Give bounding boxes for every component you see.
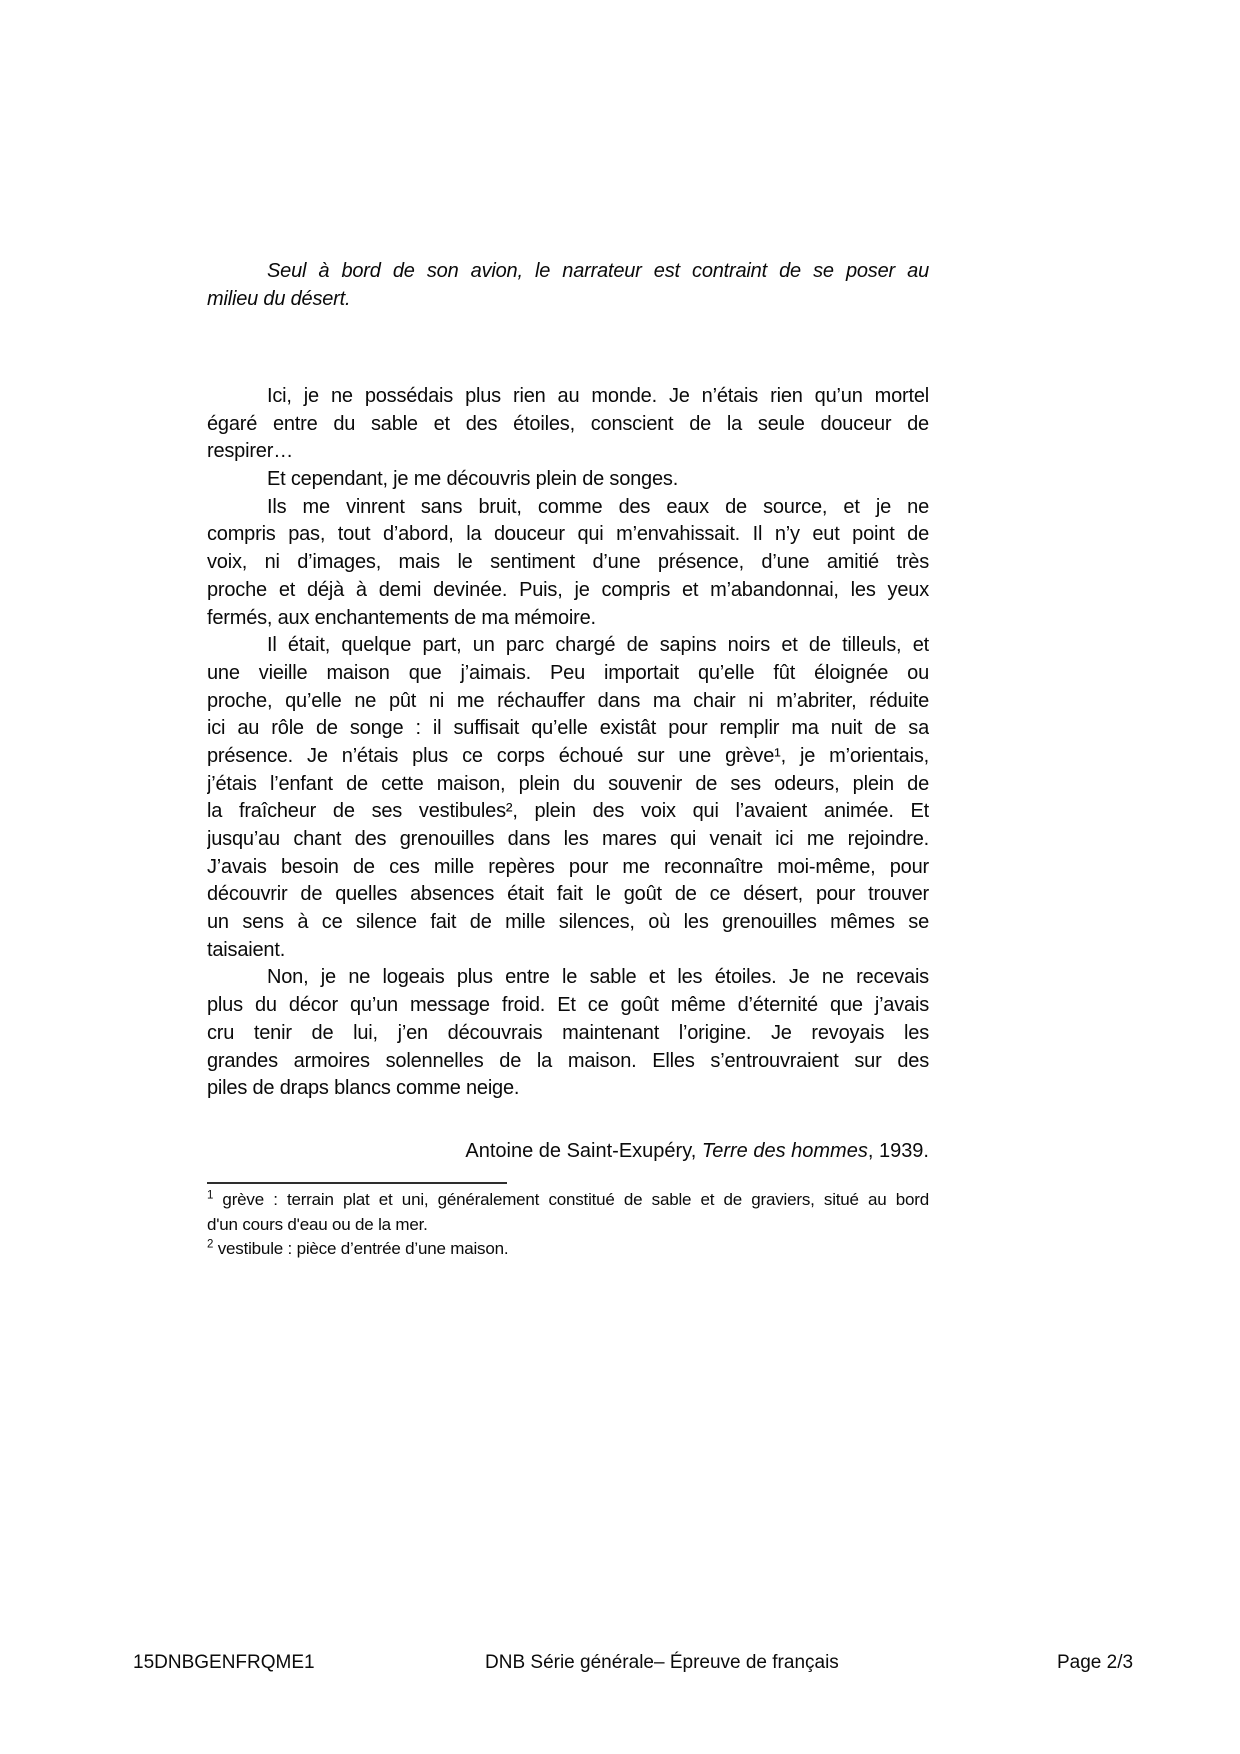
line-text: grève : terrain plat et uni, généralemen… bbox=[213, 1190, 929, 1209]
text-line: fermés, aux enchantements de ma mémoire. bbox=[207, 605, 929, 633]
line-text: un sens à ce silence fait de mille silen… bbox=[207, 911, 929, 933]
line-text: jusqu’au chant des grenouilles dans les … bbox=[207, 828, 929, 850]
text-line: découvrir de quelles absences était fait… bbox=[207, 881, 929, 909]
passage-text: Ici, je ne possédais plus rien au monde.… bbox=[207, 383, 929, 1103]
text-line: la fraîcheur de ses vestibules², plein d… bbox=[207, 798, 929, 826]
line-text: Il était, quelque part, un parc chargé d… bbox=[267, 634, 929, 656]
text-line: ici au rôle de songe : il suffisait qu’e… bbox=[207, 715, 929, 743]
line-text: Seul à bord de son avion, le narrateur e… bbox=[267, 260, 929, 282]
text-line: piles de draps blancs comme neige. bbox=[207, 1075, 929, 1103]
text-line: respirer… bbox=[207, 438, 929, 466]
text-line: voix, ni d’images, mais le sentiment d’u… bbox=[207, 549, 929, 577]
line-text: voix, ni d’images, mais le sentiment d’u… bbox=[207, 551, 929, 573]
line-text: présence. Je n’étais plus ce corps échou… bbox=[207, 745, 929, 767]
text-line: Non, je ne logeais plus entre le sable e… bbox=[207, 964, 929, 992]
text-line: 20un sens à ce silence fait de mille sil… bbox=[207, 909, 929, 937]
line-text: vestibule : pièce d’entrée d’une maison. bbox=[213, 1239, 508, 1258]
line-text: une vieille maison que j’aimais. Peu imp… bbox=[207, 662, 929, 684]
text-line: J’avais besoin de ces mille repères pour… bbox=[207, 854, 929, 882]
line-text: J’avais besoin de ces mille repères pour… bbox=[207, 856, 929, 878]
intro-passage: Seul à bord de son avion, le narrateur e… bbox=[207, 258, 929, 313]
line-text: plus du décor qu’un message froid. Et ce… bbox=[207, 994, 929, 1016]
text-line: Ici, je ne possédais plus rien au monde.… bbox=[207, 383, 929, 411]
line-text: piles de draps blancs comme neige. bbox=[207, 1077, 519, 1099]
line-text: d'un cours d'eau ou de la mer. bbox=[207, 1215, 428, 1234]
attribution: Antoine de Saint-Exupéry, Terre des homm… bbox=[207, 1138, 929, 1166]
text-line: compris pas, tout d’abord, la douceur qu… bbox=[207, 521, 929, 549]
text-line: égaré entre du sable et des étoiles, con… bbox=[207, 411, 929, 439]
line-text: proche et déjà à demi devinée. Puis, je … bbox=[207, 579, 929, 601]
text-line: 2 vestibule : pièce d’entrée d’une maiso… bbox=[207, 1237, 929, 1262]
text-line: jusqu’au chant des grenouilles dans les … bbox=[207, 826, 929, 854]
text-line: présence. Je n’étais plus ce corps échou… bbox=[207, 743, 929, 771]
line-text: la fraîcheur de ses vestibules², plein d… bbox=[207, 800, 929, 822]
line-text: cru tenir de lui, j’en découvrais mainte… bbox=[207, 1022, 929, 1044]
text-line: plus du décor qu’un message froid. Et ce… bbox=[207, 992, 929, 1020]
attribution-author: Antoine de Saint-Exupéry, bbox=[465, 1140, 701, 1162]
line-text: taisaient. bbox=[207, 939, 285, 961]
text-line: 25grandes armoires solennelles de la mai… bbox=[207, 1048, 929, 1076]
line-text: découvrir de quelles absences était fait… bbox=[207, 883, 929, 905]
footer-page-number: Page 2/3 bbox=[1057, 1652, 1133, 1674]
page: Seul à bord de son avion, le narrateur e… bbox=[0, 0, 1240, 1754]
text-line: proche, qu’elle ne pût ni me réchauffer … bbox=[207, 688, 929, 716]
line-text: grandes armoires solennelles de la maiso… bbox=[207, 1050, 929, 1072]
footer-exam-title: DNB Série générale– Épreuve de français bbox=[485, 1652, 839, 1674]
footer-document-code: 15DNBGENFRQME1 bbox=[133, 1652, 315, 1674]
footnotes: 1 grève : terrain plat et uni, généralem… bbox=[207, 1188, 929, 1262]
line-text: proche, qu’elle ne pût ni me réchauffer … bbox=[207, 690, 929, 712]
attribution-year: , 1939. bbox=[868, 1140, 929, 1162]
text-line: milieu du désert. bbox=[207, 286, 929, 314]
line-text: j’étais l’enfant de cette maison, plein … bbox=[207, 773, 929, 795]
text-line: cru tenir de lui, j’en découvrais mainte… bbox=[207, 1020, 929, 1048]
line-text: Et cependant, je me découvris plein de s… bbox=[267, 468, 678, 490]
text-line: Seul à bord de son avion, le narrateur e… bbox=[207, 258, 929, 286]
line-text: Non, je ne logeais plus entre le sable e… bbox=[267, 966, 929, 988]
line-text: respirer… bbox=[207, 440, 293, 462]
line-text: égaré entre du sable et des étoiles, con… bbox=[207, 413, 929, 435]
attribution-work-title: Terre des hommes bbox=[702, 1140, 868, 1162]
text-line: taisaient. bbox=[207, 937, 929, 965]
footnote-separator bbox=[207, 1182, 507, 1184]
line-text: ici au rôle de songe : il suffisait qu’e… bbox=[207, 717, 929, 739]
line-text: milieu du désert. bbox=[207, 288, 350, 310]
line-text: Ici, je ne possédais plus rien au monde.… bbox=[267, 385, 929, 407]
text-line: 1 grève : terrain plat et uni, généralem… bbox=[207, 1188, 929, 1213]
text-line: 5Ils me vinrent sans bruit, comme des ea… bbox=[207, 494, 929, 522]
text-line: une vieille maison que j’aimais. Peu imp… bbox=[207, 660, 929, 688]
text-line: proche et déjà à demi devinée. Puis, je … bbox=[207, 577, 929, 605]
text-line: Et cependant, je me découvris plein de s… bbox=[207, 466, 929, 494]
line-text: Ils me vinrent sans bruit, comme des eau… bbox=[267, 496, 929, 518]
text-line: 10Il était, quelque part, un parc chargé… bbox=[207, 632, 929, 660]
line-text: fermés, aux enchantements de ma mémoire. bbox=[207, 607, 596, 629]
text-line: d'un cours d'eau ou de la mer. bbox=[207, 1213, 929, 1238]
text-line: 15j’étais l’enfant de cette maison, plei… bbox=[207, 771, 929, 799]
line-text: compris pas, tout d’abord, la douceur qu… bbox=[207, 523, 929, 545]
